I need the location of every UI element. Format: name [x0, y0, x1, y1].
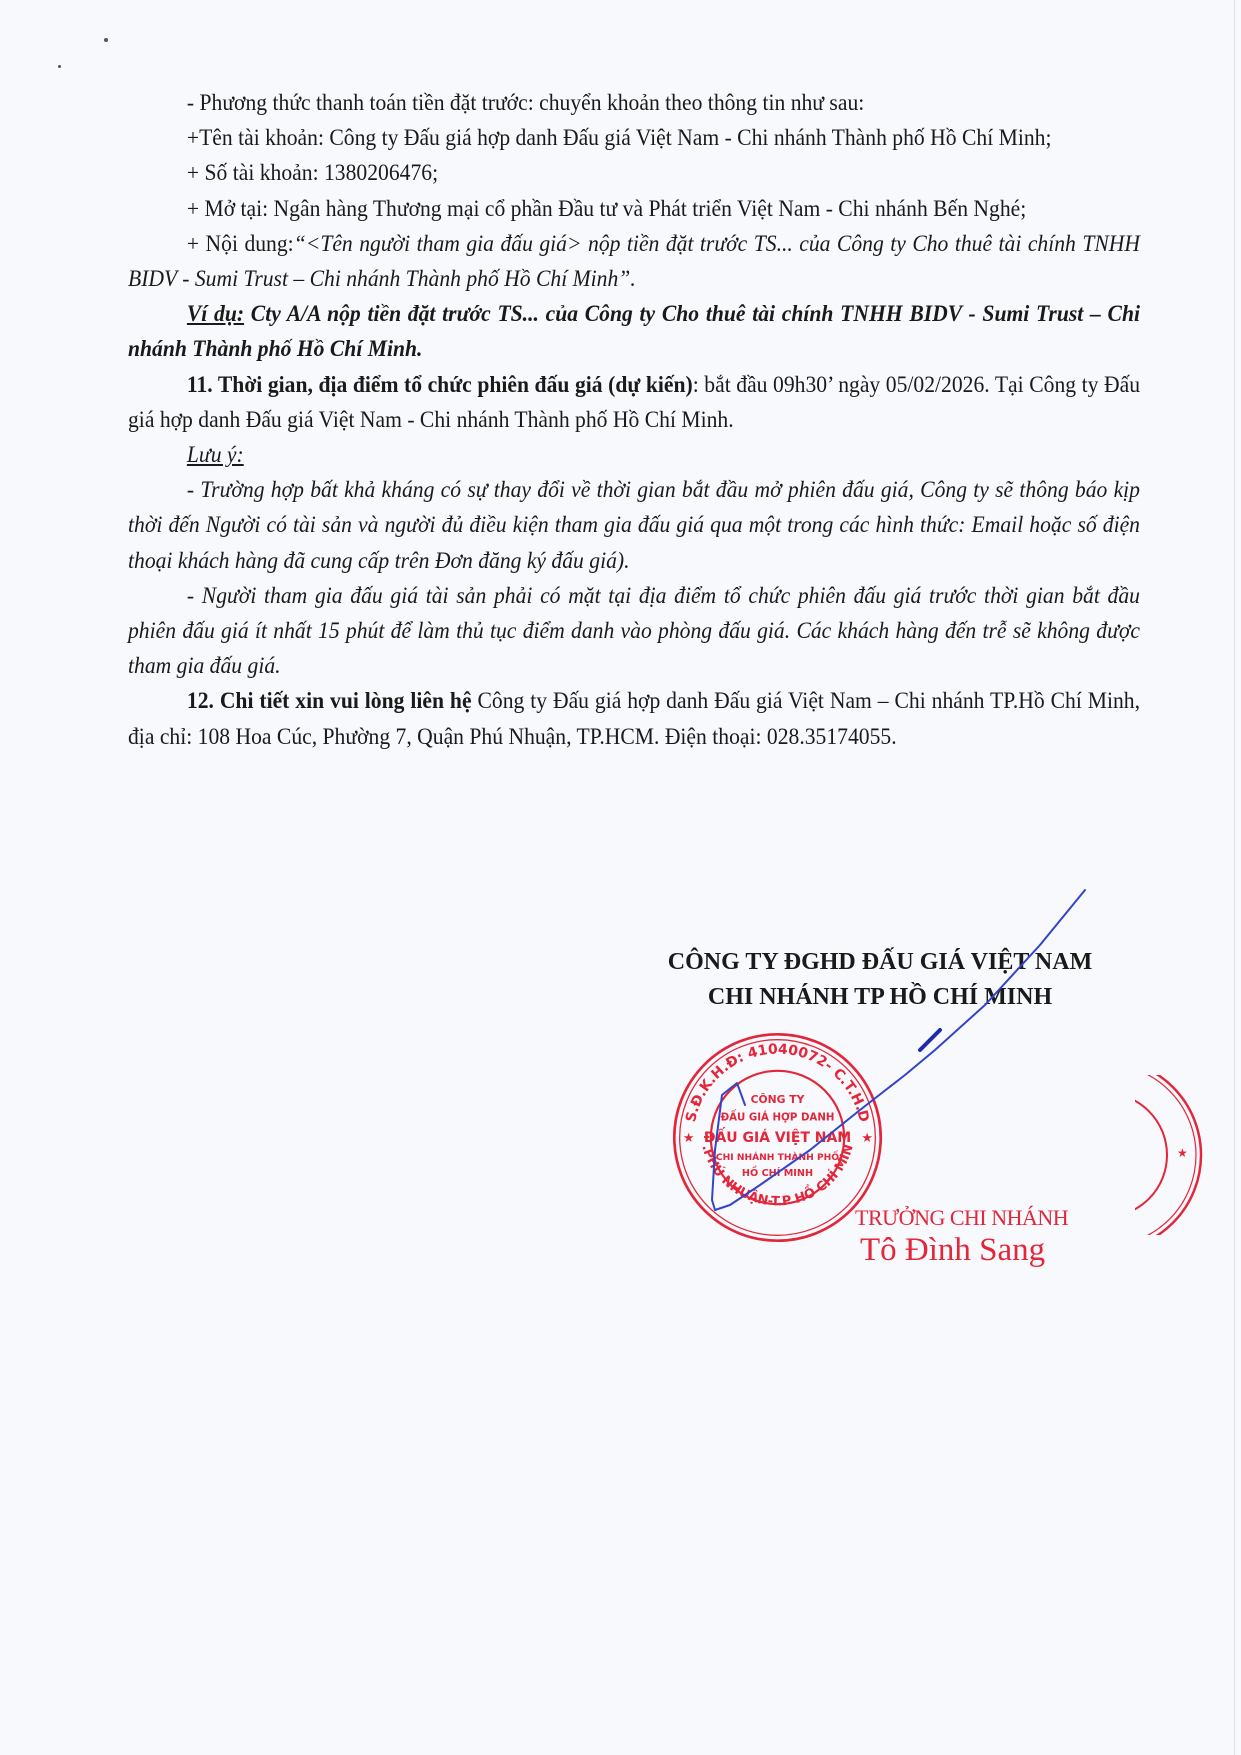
- transfer-content-line: + Nội dung:“<Tên người tham gia đấu giá>…: [128, 227, 1140, 297]
- svg-text:CHI NHÁNH THÀNH PHỐ: CHI NHÁNH THÀNH PHỐ: [716, 1150, 839, 1163]
- scan-edge: [1234, 0, 1235, 1755]
- payment-method-line: - Phương thức thanh toán tiền đặt trước:…: [128, 86, 1140, 121]
- bank-line: + Mở tại: Ngân hàng Thương mại cổ phần Đ…: [128, 192, 1140, 227]
- partial-seal-stamp: ★: [1135, 1075, 1241, 1235]
- example-text: Cty A/A nộp tiền đặt trước TS... của Côn…: [128, 301, 1140, 362]
- section-11: 11. Thời gian, địa điểm tổ chức phiên đấ…: [128, 368, 1140, 438]
- org-line-1: CÔNG TY ĐGHD ĐẤU GIÁ VIỆT NAM: [600, 945, 1160, 980]
- svg-text:CÔNG TY: CÔNG TY: [751, 1093, 805, 1106]
- signer-name: Tô Đình Sang: [860, 1232, 1045, 1269]
- svg-text:★: ★: [861, 1131, 873, 1146]
- note-label: Lưu ý:: [128, 438, 244, 473]
- section-12-heading: 12. Chi tiết xin vui lòng liên hệ: [187, 688, 472, 714]
- document-page: - Phương thức thanh toán tiền đặt trước:…: [0, 0, 1241, 1755]
- account-number-line: + Số tài khoản: 1380206476;: [128, 156, 1140, 191]
- org-line-2: CHI NHÁNH TP HỒ CHÍ MINH: [600, 980, 1160, 1015]
- document-body: - Phương thức thanh toán tiền đặt trước:…: [128, 86, 1140, 755]
- example-label: Ví dụ:: [187, 301, 244, 327]
- account-name-line: +Tên tài khoản: Công ty Đấu giá hợp danh…: [128, 121, 1140, 156]
- note-item-1: - Trường hợp bất khả kháng có sự thay đổ…: [128, 473, 1140, 579]
- svg-text:ĐẤU GIÁ VIỆT NAM: ĐẤU GIÁ VIỆT NAM: [704, 1126, 851, 1146]
- section-11-heading: 11. Thời gian, địa điểm tổ chức phiên đấ…: [187, 372, 693, 398]
- scan-speck: [104, 38, 108, 42]
- example-line: Ví dụ: Cty A/A nộp tiền đặt trước TS... …: [128, 297, 1140, 367]
- content-label: + Nội dung:: [187, 231, 294, 257]
- svg-text:HỒ CHÍ MINH: HỒ CHÍ MINH: [742, 1164, 813, 1179]
- note-item-2: - Người tham gia đấu giá tài sản phải có…: [128, 579, 1140, 685]
- section-12: 12. Chi tiết xin vui lòng liên hệ Công t…: [128, 684, 1140, 754]
- scan-speck: [58, 65, 61, 68]
- svg-text:★: ★: [1177, 1146, 1188, 1160]
- signature-org: CÔNG TY ĐGHD ĐẤU GIÁ VIỆT NAM CHI NHÁNH …: [600, 945, 1160, 1015]
- signer-role: TRƯỞNG CHI NHÁNH: [855, 1205, 1068, 1231]
- company-seal-stamp: S.Đ.K.H.Đ: 41040072- C.T.H.D Q.PHÚ NHUẬN…: [670, 1030, 885, 1245]
- svg-text:★: ★: [683, 1131, 695, 1146]
- svg-text:ĐẤU GIÁ HỢP DANH: ĐẤU GIÁ HỢP DANH: [721, 1108, 835, 1123]
